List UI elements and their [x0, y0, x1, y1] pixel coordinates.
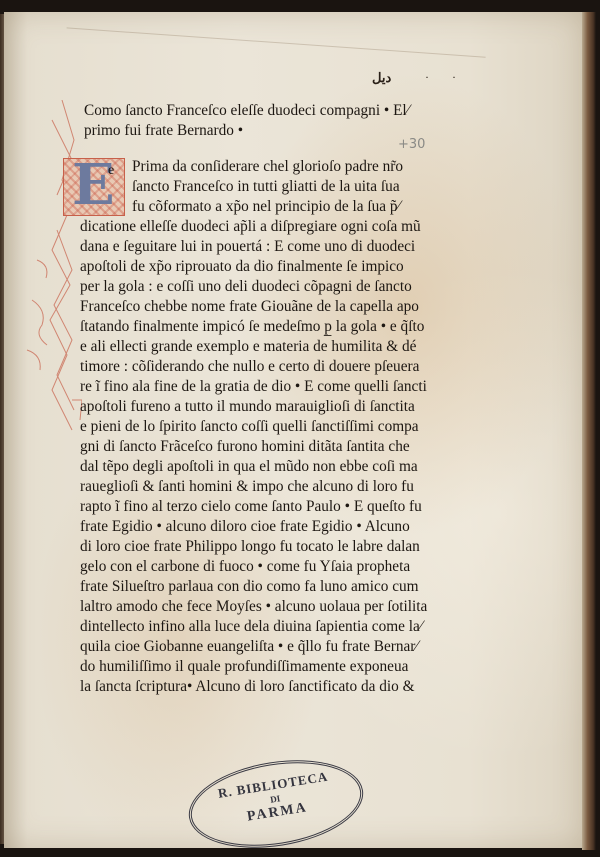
text-line: frate Silueſtro parlaua con dio como fa … [80, 577, 500, 597]
ink-annotation: ديل [372, 70, 391, 86]
text-line: Franceſco chebbe nome frate Giouãne de l… [80, 297, 500, 317]
text-line: ſancto Franceſco in tutti gliatti de la … [132, 177, 500, 197]
chapter-heading: Como ſancto Franceſco eleſſe duodeci com… [80, 101, 500, 141]
text-block: Como ſancto Franceſco eleſſe duodeci com… [80, 101, 500, 697]
text-line: di loro cioe frate Philippo longo fu toc… [80, 537, 500, 557]
text-line: ſtatando finalmente impicó ſe medeſmo p̲… [80, 317, 500, 337]
text-line: laltro amodo che fece Moyſes • alcuno uo… [80, 597, 500, 617]
indented-opening: Prima da conſiderare chel glorioſo padre… [80, 157, 500, 217]
text-line: do humiliſſimo il quale profundiſſimamen… [80, 657, 500, 677]
text-line: rapto ĩ fino al terzo cielo come ſanto P… [80, 497, 500, 517]
text-line: timore : cõſiderando che nullo e certo d… [80, 357, 500, 377]
body-text: dicatione elleſſe duodeci ap̃li a diſpre… [80, 217, 500, 697]
page-scan: ديل · · +30 E e Como ſancto Franceſco el… [0, 0, 600, 857]
text-line: e ali ellecti grande exemplo e materia d… [80, 337, 500, 357]
text-line: dal tẽpo degli apoſtoli in qua el mũdo n… [80, 457, 500, 477]
text-line: dicatione elleſſe duodeci ap̃li a diſpre… [80, 217, 500, 237]
ink-dots: · · [425, 70, 466, 85]
text-line: apoſtoli de xp̃o riprouato da dio finalm… [80, 257, 500, 277]
text-line: gelo con el carbone di fuoco • come fu Y… [80, 557, 500, 577]
page-fore-edge [582, 12, 596, 850]
text-line: re ĩ fino ala fine de la gratia de dio •… [80, 377, 500, 397]
text-line: per la gola : e coſſi uno deli duodeci c… [80, 277, 500, 297]
text-line: gni di ſancto Frãceſco furono homini dit… [80, 437, 500, 457]
text-line: dintellecto infino alla luce dela diuina… [80, 617, 500, 637]
text-line: e pieni de lo ſpirito ſancto coſſi quell… [80, 417, 500, 437]
text-line: frate Egidio • alcuno diloro cioe frate … [80, 517, 500, 537]
text-line: dana e ſeguitare lui in pouertá : E come… [80, 237, 500, 257]
text-line: la ſancta ſcriptura• Alcuno di loro ſanc… [80, 677, 500, 697]
text-line: Prima da conſiderare chel glorioſo padre… [132, 157, 500, 177]
heading-line: Como ſancto Franceſco eleſſe duodeci com… [84, 101, 500, 121]
heading-line: primo fui frate Bernardo • [84, 121, 500, 141]
text-line: apoſtoli fureno a tutto il mundo marauig… [80, 397, 500, 417]
marginal-flourish-icon [22, 100, 82, 440]
text-line: fu cõformato a xp̃o nel principio de la … [132, 197, 500, 217]
text-line: quila cioe Giobanne euangeliſta • e q̃ll… [80, 637, 500, 657]
text-line: raueglioſi & ſanti homini & impo che alc… [80, 477, 500, 497]
